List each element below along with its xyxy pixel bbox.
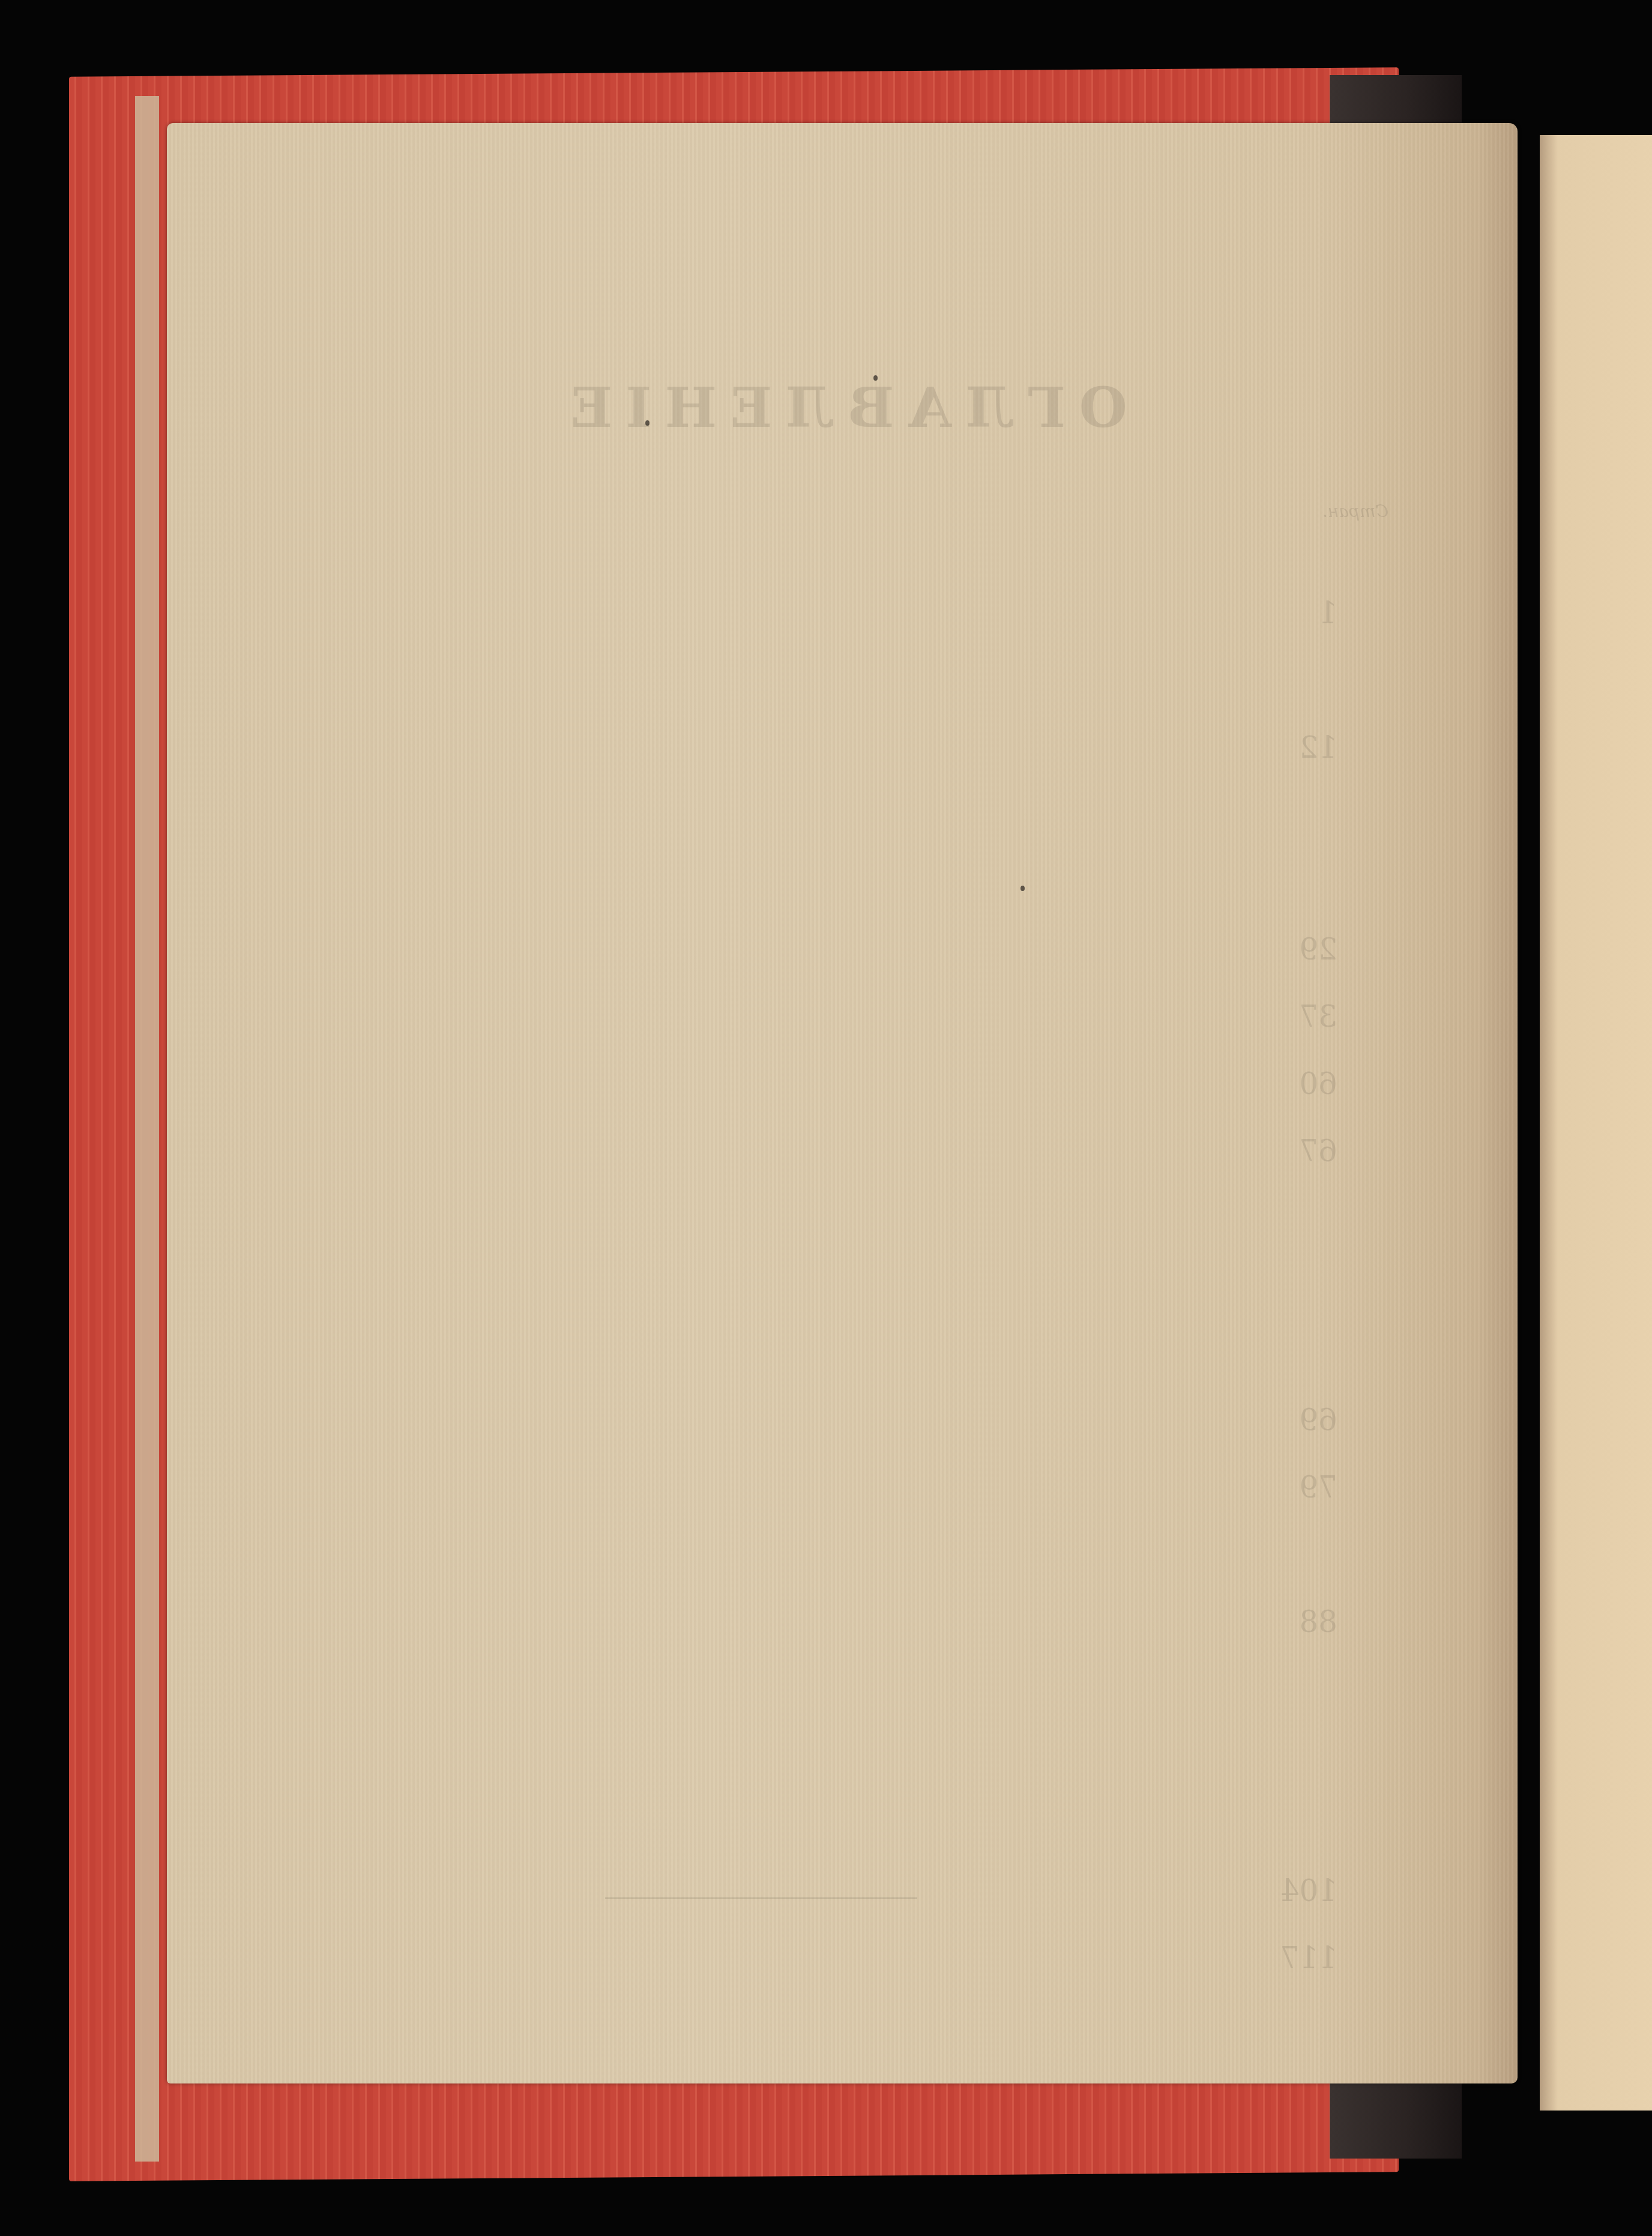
facing-page-edge <box>1540 135 1652 2111</box>
endpaper-page <box>167 123 1518 2083</box>
cover-turn-in <box>135 96 159 2162</box>
